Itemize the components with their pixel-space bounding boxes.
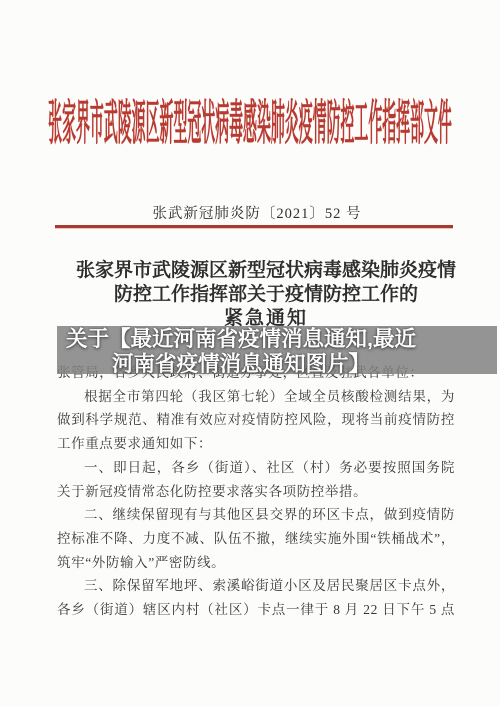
watermark-caption-line1: 关于【最近河南省疫情消息通知,最近 [57, 327, 425, 352]
watermark-overlay: 关于【最近河南省疫情消息通知,最近 河南省疫情消息通知图片】 [57, 326, 497, 374]
watermark-caption: 关于【最近河南省疫情消息通知,最近 河南省疫情消息通知图片】 [57, 327, 425, 376]
document-title: 张家界市武陵源区新型冠状病毒感染肺炎疫情 防控工作指挥部关于疫情防控工作的 紧急… [57, 259, 475, 331]
body-line: 一、即日起，各乡（街道）、社区（村）务必要按照国务院 [57, 456, 455, 480]
document-body: 张管局，各乡人民政府、街道办事处，区直及驻武各单位： 根据全市第四轮（我区第七轮… [57, 361, 455, 622]
body-line: 工作重点要求通知如下： [57, 432, 455, 456]
body-line: 做到科学规范、精准有效应对疫情防控风险，现将当前疫情防控 [57, 408, 455, 432]
document-title-line1: 张家界市武陵源区新型冠状病毒感染肺炎疫情 [57, 259, 475, 283]
body-line: 各乡（街道）辖区内村（社区）卡点一律于 8 月 22 日下午 5 点 [57, 598, 455, 622]
body-line: 筑牢“外防输入”严密防线。 [57, 551, 455, 575]
body-line: 控标准不降、力度不减、队伍不撤，继续实施外围“铁桶战术”， [57, 527, 455, 551]
body-line: 根据全市第四轮（我区第七轮）全域全员核酸检测结果，为 [57, 385, 455, 409]
letterhead-banner: 张家界市武陵源区新型冠状病毒感染肺炎疫情防控工作指挥部文件 [0, 99, 500, 149]
document-title-line2: 防控工作指挥部关于疫情防控工作的 [57, 283, 475, 307]
document-number: 张武新冠肺炎防〔2021〕52 号 [0, 204, 500, 224]
body-line: 关于新冠疫情常态化防控要求落实各项防控举措。 [57, 480, 455, 504]
letterhead-banner-text: 张家界市武陵源区新型冠状病毒感染肺炎疫情防控工作指挥部文件 [48, 99, 452, 149]
document-page: 张家界市武陵源区新型冠状病毒感染肺炎疫情防控工作指挥部文件 张武新冠肺炎防〔20… [0, 0, 500, 706]
red-divider-line [55, 225, 453, 228]
body-line: 三、除保留军地坪、索溪峪街道小区及居民聚居区卡点外， [57, 574, 455, 598]
watermark-caption-line2: 河南省疫情消息通知图片】 [57, 352, 425, 377]
body-line: 二、继续保留现有与其他区县交界的环区卡点，做到疫情防 [57, 503, 455, 527]
